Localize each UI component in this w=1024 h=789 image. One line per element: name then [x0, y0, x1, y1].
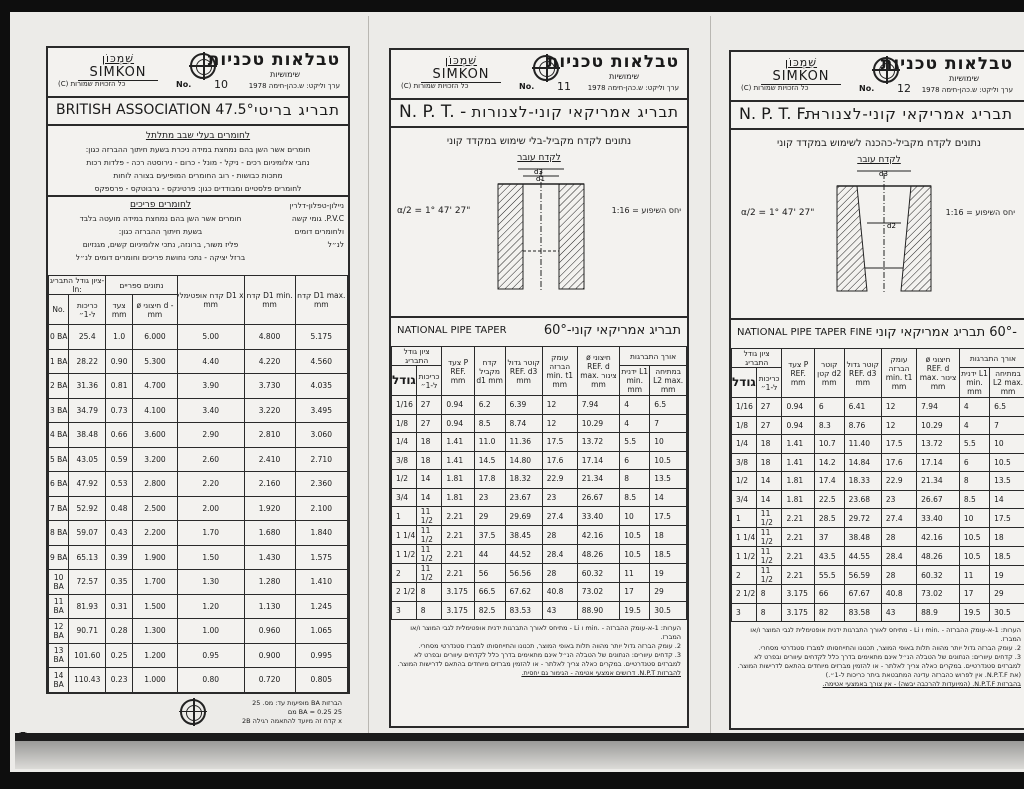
sheet-10-ba-thread: שִׁמְכּוֹן SIMKON כל הזכויות שמורות (C) … — [46, 46, 350, 694]
table-cell: 1/2 — [732, 472, 757, 491]
table-cell: 110.43 — [69, 668, 106, 693]
table-cell: 17.5 — [881, 435, 916, 454]
table-cell: 2 — [392, 564, 417, 583]
table-cell: 1.81 — [442, 470, 474, 489]
table-cell: 17 — [620, 583, 650, 602]
table-cell: 4 — [620, 396, 650, 415]
table-cell: 23 — [881, 490, 916, 509]
table-cell: 14 — [756, 472, 782, 491]
header-wrench-engagement: במתיחה L2 max. mm — [650, 366, 687, 396]
table-row: 1/8270.948.58.741210.2947 — [392, 414, 687, 433]
table-cell: 28 — [881, 566, 916, 585]
header-group-size: ציון גודל התבריג-In: — [49, 276, 106, 295]
header-pipe-od: ø חיצוני REF. d max. צינור mm — [917, 349, 960, 398]
table-cell: 56.59 — [844, 566, 881, 585]
table-cell: 3/4 — [392, 488, 417, 507]
table-cell: 17.14 — [577, 451, 619, 470]
table-row: 1/4181.4110.711.4017.513.725.510 — [732, 435, 1024, 454]
table-cell: 11.40 — [844, 435, 881, 454]
standard-bar: BRITISH ASSOCIATION 47.5° תבריג בריטי — [48, 98, 348, 126]
sheet-number: 11 — [557, 80, 571, 93]
table-cell: 23 — [474, 488, 505, 507]
table-cell: 7 — [990, 416, 1024, 435]
table-cell: 2.810 — [244, 423, 295, 448]
table-row: 6 BA47.920.532.8002.202.1602.360 — [49, 472, 348, 497]
table-cell: 3.200 — [133, 447, 178, 472]
table-row: 13 BA101.600.251.2000.950.9000.995 — [49, 643, 348, 668]
soft-materials-section: לחומרים בעלי שבב מתלתל חומרים אשר השן בה… — [48, 126, 348, 195]
table-cell: 26.67 — [577, 488, 619, 507]
copyright: כל הזכויות שמורות (C) — [58, 80, 125, 88]
table-cell: 8 — [959, 472, 989, 491]
text-line: חומרים אשר השן בהם נמחצת במידה ניכרת בשע… — [48, 143, 348, 156]
angle-label: α/2 = 1° 47' 27" — [397, 206, 470, 216]
table-cell: 38.48 — [69, 423, 106, 448]
table-cell: 6.5 — [650, 396, 687, 415]
author-line: ערך וליקט: ש.כהן-חימה 1978 — [588, 84, 679, 92]
simkon-logo: שִׁמְכּוֹן SIMKON — [421, 54, 501, 83]
table-row: 0 BA25.41.06.0005.004.8005.175 — [49, 325, 348, 350]
note-line: (את N.P.T.F. אין לפרוש כהברזה עדינה המתב… — [737, 671, 1021, 680]
table-cell: 7 BA — [49, 496, 69, 521]
table-cell: 40.8 — [542, 583, 577, 602]
table-cell: 1.70 — [177, 521, 244, 546]
table-cell: 18 — [416, 433, 442, 452]
table-cell: 1.430 — [244, 545, 295, 570]
table-cell: 2.20 — [177, 472, 244, 497]
table-cell: 6.41 — [844, 398, 881, 417]
table-cell: 2 BA — [49, 374, 69, 399]
table-cell: 0.59 — [106, 447, 133, 472]
table-cell: 0.95 — [177, 643, 244, 668]
table-cell: 0.94 — [442, 396, 474, 415]
copyright: כל הזכויות שמורות (C) — [741, 84, 808, 92]
table-row: 211 1/22.2155.556.592860.321119 — [732, 566, 1024, 585]
intro: נתונים לקדח מקביל-בלי שימוש במקדד קוני ל… — [391, 128, 687, 166]
table-cell: 1.81 — [782, 472, 814, 491]
table-title-english: NATIONAL PIPE TAPER — [397, 325, 507, 336]
table-cell: 11 1/2 — [756, 528, 782, 547]
table-cell: 27 — [756, 398, 782, 417]
table-cell: 0.53 — [106, 472, 133, 497]
table-cell: 17.5 — [990, 509, 1024, 528]
table-cell: 17.6 — [881, 453, 916, 472]
table-cell: 2 1/2 — [392, 583, 417, 602]
table-cell: 5.5 — [620, 433, 650, 452]
header-wrench-engagement: במתיחה L2 max. mm — [990, 368, 1024, 398]
drill-diagram: α/2 = 1° 47' 27" יחס השיפוע = 1:16 d3 d2 — [731, 168, 1024, 318]
table-cell: 2 1/2 — [732, 585, 757, 604]
brittle-section: לחומרים פריכים חומרים אשר השן בהם נמחצת … — [48, 195, 348, 275]
note-line: 3. קדחים עיוורים: הנתונים של הטבלה הנ״ל … — [397, 651, 681, 669]
table-cell: 28 — [542, 526, 577, 545]
table-cell: 23.68 — [844, 490, 881, 509]
table-cell: 10.5 — [990, 453, 1024, 472]
table-cell: 6.2 — [474, 396, 505, 415]
soft-side-text: ניילון-טפלון-דלרין P.V.C. גומי קשה ולחומ… — [272, 199, 344, 251]
simkon-logo: שִׁמְכּוֹן SIMKON — [78, 52, 158, 81]
table-cell: 1.575 — [295, 545, 348, 570]
table-cell: 0.94 — [442, 414, 474, 433]
table-cell: 1.680 — [244, 521, 295, 546]
table-cell: 8 — [756, 585, 782, 604]
table-row: 3/4141.8122.523.682326.678.514 — [732, 490, 1024, 509]
brand-hebrew: שִׁמְכּוֹן — [761, 56, 841, 69]
table-cell: 2.21 — [442, 526, 474, 545]
text-line: חומרים אשר השן בהם נמחצת במידה מועטה בלב… — [48, 212, 273, 225]
series-subtitle: שימושיות — [609, 72, 639, 81]
header-pipe-od: ø חיצוני REF. d max. צינור mm — [577, 347, 619, 396]
header-group-engagement: אורך התברגות — [959, 349, 1024, 368]
table-cell: 11 — [959, 566, 989, 585]
text-line: מתכות כבושות - רוב החומרים המופיעים בצור… — [48, 169, 348, 182]
table-cell: 3/8 — [732, 453, 757, 472]
brittle-text: לחומרים פריכים חומרים אשר השן בהם נמחצת … — [48, 199, 273, 264]
header-optimal-drill: קדח אופטימלי D1 x mm — [177, 276, 244, 325]
table-cell: 37.5 — [474, 526, 505, 545]
table-cell: 10 — [620, 507, 650, 526]
table-cell: 6 — [959, 453, 989, 472]
table-cell: 0.995 — [295, 643, 348, 668]
table-cell: 8.5 — [959, 490, 989, 509]
table-cell: 1/4 — [732, 435, 757, 454]
table-cell: 17.8 — [474, 470, 505, 489]
table-cell: 1.130 — [244, 594, 295, 619]
table-cell: 4.700 — [133, 374, 178, 399]
no-label: No. — [176, 80, 191, 89]
table-cell: 1.41 — [442, 433, 474, 452]
series-subtitle: שימושיות — [270, 70, 300, 79]
table-cell: 3/8 — [392, 451, 417, 470]
table-cell: 17.4 — [814, 472, 844, 491]
table-cell: 21.34 — [577, 470, 619, 489]
table-cell: 10 BA — [49, 570, 69, 595]
header-group-size: ציון גודל התבריג — [392, 347, 442, 366]
table-cell: 14.84 — [844, 453, 881, 472]
note-line: להברזות N.P.T. דרושים אמצעי אטימה - הגימ… — [397, 669, 681, 678]
brittle-title: לחומרים פריכים — [48, 199, 273, 212]
table-cell: 1/16 — [392, 396, 417, 415]
table-cell: 6.000 — [133, 325, 178, 350]
table-cell: 29 — [990, 585, 1024, 604]
header-tpi: כריכות ל-1״ — [69, 295, 106, 325]
table-cell: 43 — [542, 601, 577, 620]
table-cell: 0.66 — [106, 423, 133, 448]
table-cell: 65.13 — [69, 545, 106, 570]
table-row: 1/2141.8117.818.3222.921.34813.5 — [392, 470, 687, 489]
text-line: לנ״ל — [272, 238, 344, 251]
table-cell: 6 — [814, 398, 844, 417]
table-cell: 14 — [416, 470, 442, 489]
table-cell: 10.5 — [620, 526, 650, 545]
table-cell: 3 — [732, 603, 757, 622]
table-cell: 55.5 — [814, 566, 844, 585]
table-cell: 1.700 — [133, 570, 178, 595]
standard-hebrew: תבריג אמריקאי קוני-לצנורות — [471, 103, 679, 121]
table-row: 1 1/411 1/22.213738.482842.1610.518 — [732, 528, 1024, 547]
table-cell: 4.035 — [295, 374, 348, 399]
table-cell: 1.0 — [106, 325, 133, 350]
table-row: 3/4141.812323.672326.678.514 — [392, 488, 687, 507]
table-cell: 28 — [881, 528, 916, 547]
angle-label: α/2 = 1° 47' 27" — [741, 208, 814, 218]
table-cell: 0.35 — [106, 570, 133, 595]
table-cell: 1.840 — [295, 521, 348, 546]
table-cell: 11 1/2 — [416, 507, 442, 526]
table-cell: 13 BA — [49, 643, 69, 668]
table-cell: 11 1/2 — [416, 545, 442, 564]
table-cell: 83.58 — [844, 603, 881, 622]
table-row: 1 1/411 1/22.2137.538.452842.1610.518 — [392, 526, 687, 545]
table-cell: 1.50 — [177, 545, 244, 570]
copyright: כל הזכויות שמורות (C) — [401, 82, 468, 90]
table-cell: 2.90 — [177, 423, 244, 448]
table-cell: 18 — [416, 451, 442, 470]
table-cell: 81.93 — [69, 594, 106, 619]
table-cell: 2.21 — [442, 545, 474, 564]
table-cell: 1 — [392, 507, 417, 526]
table-cell: 22.9 — [542, 470, 577, 489]
table-row: 8 BA59.070.432.2001.701.6801.840 — [49, 521, 348, 546]
sheet-number: 10 — [214, 78, 228, 91]
taper-ratio-label: יחס השיפוע = 1:16 — [946, 208, 1015, 217]
table-cell: 3/4 — [732, 490, 757, 509]
table-row: 1 1/211 1/22.2143.544.5528.448.2610.518.… — [732, 547, 1024, 566]
table-cell: 10.5 — [650, 451, 687, 470]
svg-text:d3: d3 — [879, 170, 888, 178]
fold-line — [710, 16, 711, 736]
table-cell: 27 — [416, 414, 442, 433]
table-cell: 83.53 — [505, 601, 542, 620]
table-cell: 2.21 — [782, 566, 814, 585]
header-tap-depth: עומק הברזה min. t1 mm — [881, 349, 916, 398]
table-cell: 2.21 — [782, 509, 814, 528]
table-cell: 3.40 — [177, 398, 244, 423]
table-cell: 10 — [650, 433, 687, 452]
paper-bottom-strip — [15, 741, 1024, 769]
table-cell: 5.00 — [177, 325, 244, 350]
svg-text:d1: d1 — [536, 175, 545, 183]
table-cell: 67.67 — [844, 585, 881, 604]
table-row: 5 BA43.050.593.2002.602.4102.710 — [49, 447, 348, 472]
table-cell: 27.4 — [881, 509, 916, 528]
table-cell: 4.220 — [244, 349, 295, 374]
table-cell: 1/8 — [392, 414, 417, 433]
sheet-12-nptf-thread: שִׁמְכּוֹן SIMKON כל הזכויות שמורות (C) … — [729, 50, 1024, 730]
brand-english: SIMKON — [78, 65, 158, 81]
table-cell: 101.60 — [69, 643, 106, 668]
table-cell: 18 — [650, 526, 687, 545]
through-hole-label: לקדח עובר — [731, 152, 1024, 168]
table-cell: 10.7 — [814, 435, 844, 454]
text-line: ולחומרים דומים — [272, 225, 344, 238]
table-cell: 8 BA — [49, 521, 69, 546]
table-cell: 8 — [416, 601, 442, 620]
table-cell: 1 BA — [49, 349, 69, 374]
no-label: No. — [519, 82, 534, 91]
text-line: פליז משור, ברונזה, נתכי אלומיניום קשים, … — [48, 238, 273, 251]
table-row: 3/8181.4114.514.8017.617.14610.5 — [392, 451, 687, 470]
brand-hebrew: שִׁמְכּוֹן — [78, 52, 158, 65]
table-cell: 6.5 — [990, 398, 1024, 417]
table-cell: 7.94 — [577, 396, 619, 415]
series-title: טבלאות טכניות — [881, 54, 1013, 74]
table-cell: 19.5 — [959, 603, 989, 622]
table-cell: 2.21 — [782, 528, 814, 547]
table-cell: 11 — [620, 564, 650, 583]
footer-notes: הברזות BA מופיעות עד: מס. 25 25 BA = 0.2… — [236, 695, 348, 730]
table-row: 383.17582.583.534388.9019.530.5 — [392, 601, 687, 620]
table-cell: 8 — [416, 583, 442, 602]
table-cell: 31.36 — [69, 374, 106, 399]
table-cell: 1 1/4 — [392, 526, 417, 545]
table-row: 3 BA34.790.734.1003.403.2203.495 — [49, 398, 348, 423]
table-cell: 3.175 — [782, 603, 814, 622]
taper-ratio-label: יחס השיפוע = 1:16 — [612, 206, 681, 215]
table-cell: 34.79 — [69, 398, 106, 423]
table-row: 1/2141.8117.418.3322.921.34813.5 — [732, 472, 1024, 491]
intro-text: נתונים לקדח מקביל-כהכנה לשימוש במקדד קונ… — [731, 136, 1024, 152]
table-cell: 11 1/2 — [756, 509, 782, 528]
header-no: No. — [49, 295, 69, 325]
table-cell: 4.560 — [295, 349, 348, 374]
table-cell: 2.160 — [244, 472, 295, 497]
intro: נתונים לקדח מקביל-כהכנה לשימוש במקדד קונ… — [731, 130, 1024, 168]
table-cell: 10.5 — [959, 528, 989, 547]
table-cell: 3.175 — [442, 583, 474, 602]
table-cell: 2.410 — [244, 447, 295, 472]
table-cell: 72.57 — [69, 570, 106, 595]
header-size: גודל — [392, 366, 417, 396]
table-cell: 4 — [959, 416, 989, 435]
table-cell: 10.29 — [577, 414, 619, 433]
table-cell: 1.20 — [177, 594, 244, 619]
table-cell: 0.31 — [106, 594, 133, 619]
table-cell: 18.33 — [844, 472, 881, 491]
table-cell: 67.62 — [505, 583, 542, 602]
table-cell: 1 — [732, 509, 757, 528]
table-cell: 44 — [474, 545, 505, 564]
table-cell: 1.81 — [782, 490, 814, 509]
table-row: 1/16270.9466.41127.9446.5 — [732, 398, 1024, 417]
table-cell: 3.175 — [782, 585, 814, 604]
table-cell: 23 — [542, 488, 577, 507]
table-cell: 14 — [650, 488, 687, 507]
table-cell: 14 — [990, 490, 1024, 509]
table-cell: 8 — [620, 470, 650, 489]
table-cell: 0.39 — [106, 545, 133, 570]
table-cell: 10 — [990, 435, 1024, 454]
table-cell: 0.23 — [106, 668, 133, 693]
table-cell: 28 — [542, 564, 577, 583]
table-cell: 43.5 — [814, 547, 844, 566]
table-cell: 5 BA — [49, 447, 69, 472]
table-cell: 0.805 — [295, 668, 348, 693]
standard-english: BRITISH ASSOCIATION 47.5° — [56, 102, 254, 118]
table-cell: 0.73 — [106, 398, 133, 423]
standard-english: N. P. T. - — [399, 102, 466, 122]
header-outer-diameter: ø חיצוני d - mm — [133, 295, 178, 325]
table-title-english: NATIONAL PIPE TAPER FINE — [737, 327, 872, 338]
table-title-bar: NATIONAL PIPE TAPER FINE -60° תבריג אמרי… — [731, 318, 1024, 348]
table-cell: 82.5 — [474, 601, 505, 620]
table-cell: 0.28 — [106, 619, 133, 644]
table-cell: 7.94 — [917, 398, 960, 417]
note-line: הערות: 1-א-עומק ההברזה - .min ו Li - מתי… — [397, 624, 681, 642]
text-line: ניילון-טפלון-דלרין — [272, 199, 344, 212]
header-major-diameter: קוטר גדול REF. d3 mm — [844, 349, 881, 398]
header-tpi: כריכות ל-1״ — [756, 368, 782, 398]
npt-table: ציון גודל התבריג צעד P REF. mm קדח מקביל… — [391, 346, 687, 620]
table-cell: 2.21 — [442, 507, 474, 526]
table-cell: 8.3 — [814, 416, 844, 435]
table-cell: 17.5 — [542, 433, 577, 452]
soft-title: לחומרים בעלי שבב מתלתל — [48, 130, 348, 143]
table-cell: 18.32 — [505, 470, 542, 489]
text-line: 25 BA = 0.25 מם — [242, 708, 342, 717]
table-cell: 12 BA — [49, 619, 69, 644]
table-cell: 1.200 — [133, 643, 178, 668]
table-cell: 0.900 — [244, 643, 295, 668]
table-cell: 2.500 — [133, 496, 178, 521]
table-cell: 13.72 — [577, 433, 619, 452]
table-cell: 5.300 — [133, 349, 178, 374]
table-cell: 3.175 — [442, 601, 474, 620]
table-title-hebrew: -60° תבריג אמריקאי קוני — [876, 325, 1017, 340]
brand-english: SIMKON — [761, 69, 841, 85]
table-cell: 43.05 — [69, 447, 106, 472]
table-cell: 5.5 — [959, 435, 989, 454]
table-cell: 10 — [959, 509, 989, 528]
table-cell: 1.500 — [133, 594, 178, 619]
table-cell: 11 1/2 — [756, 547, 782, 566]
standard-hebrew: תבריג בריטי — [254, 101, 340, 119]
table-cell: 44.55 — [844, 547, 881, 566]
table-cell: 18.5 — [990, 547, 1024, 566]
table-cell: 19 — [990, 566, 1024, 585]
table-cell: 3.90 — [177, 374, 244, 399]
table-cell: 2.100 — [295, 496, 348, 521]
table-cell: 25.4 — [69, 325, 106, 350]
table-cell: 4 — [620, 414, 650, 433]
table-cell: 4 BA — [49, 423, 69, 448]
table-cell: 6.39 — [505, 396, 542, 415]
table-cell: 47.92 — [69, 472, 106, 497]
table-cell: 2.60 — [177, 447, 244, 472]
sheet-header: שִׁמְכּוֹן SIMKON כל הזכויות שמורות (C) … — [391, 50, 687, 100]
no-label: No. — [859, 84, 874, 93]
table-cell: 4.800 — [244, 325, 295, 350]
text-line: P.V.C. גומי קשה — [272, 212, 344, 225]
torn-edge — [15, 726, 1024, 740]
table-cell: 0.48 — [106, 496, 133, 521]
table-cell: 11 1/2 — [756, 566, 782, 585]
text-line: ברזל יציקה - נתכי נחושת פריכים וחומרים ד… — [48, 251, 273, 264]
table-cell: 3.060 — [295, 423, 348, 448]
table-cell: 52.92 — [69, 496, 106, 521]
table-cell: 1 1/4 — [732, 528, 757, 547]
table-row: 1/4181.4111.011.3617.513.725.510 — [392, 433, 687, 452]
series-subtitle: שימושיות — [949, 74, 979, 83]
table-cell: 21.34 — [917, 472, 960, 491]
table-cell: 1.065 — [295, 619, 348, 644]
table-cell: 33.40 — [917, 509, 960, 528]
header-pitch: צעד mm — [106, 295, 133, 325]
table-cell: 26.67 — [917, 490, 960, 509]
note-line: 3. קדחים עיוורים: הנתונים של הטבלה הנ״ל … — [737, 653, 1021, 671]
table-cell: 14.80 — [505, 451, 542, 470]
table-cell: 30.5 — [990, 603, 1024, 622]
